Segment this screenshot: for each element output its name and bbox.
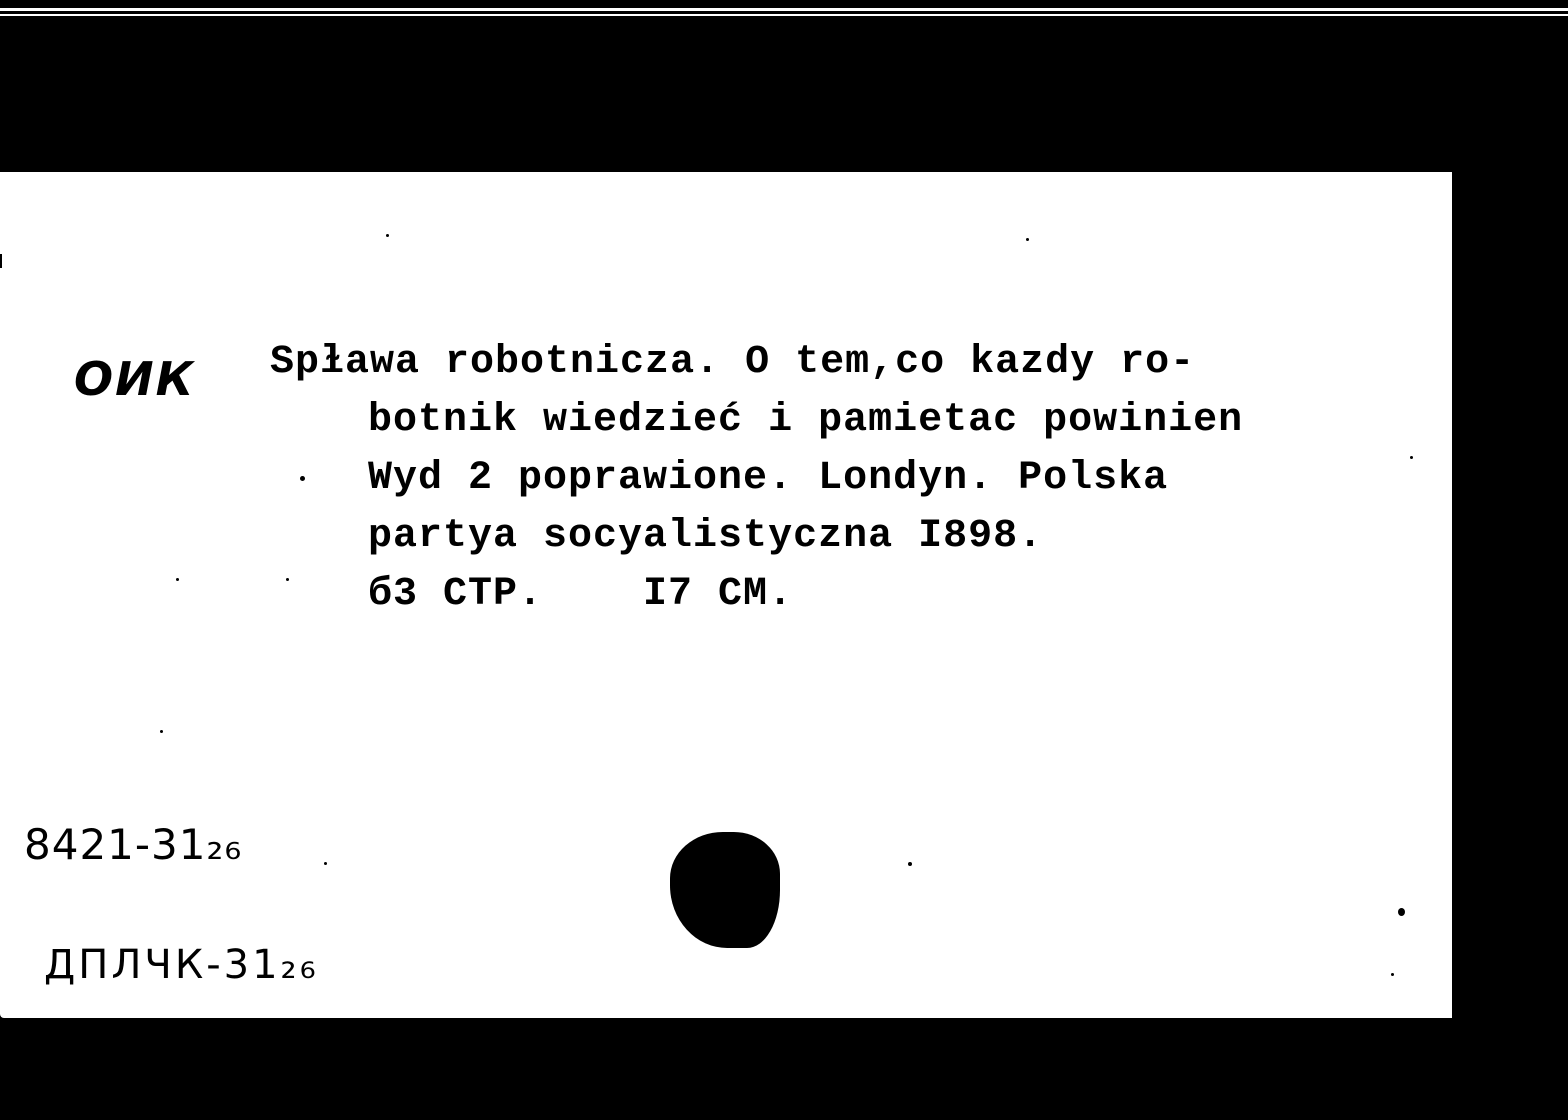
stray-dot [300,476,305,481]
speck [1391,973,1394,976]
speck [324,862,327,865]
call-number: 8421-31₂₆ [24,820,242,869]
speck [908,862,912,866]
speck [160,730,163,733]
speck [1026,238,1029,241]
entry-line: botnik wiedzieć i pamietac powinien [368,392,1243,450]
ink-blot [670,832,780,948]
call-number-cyrillic: ДПЛЧК-31₂₆ [44,942,319,988]
edge-mark [0,254,2,268]
speck [286,578,289,581]
speck [386,234,389,237]
entry-title-line: Spɫawa robotnicza. O tem,co kazdy ro- [270,334,1195,392]
speck [176,578,179,581]
entry-collation-line: б3 СТР. I7 СМ. [368,566,793,624]
scan-edge-strip [0,14,1568,16]
entry-edition-line: Wyd 2 poprawione. Londyn. Polska [368,450,1168,508]
scan-edge-strip [0,8,1568,11]
catalog-card: ОИК Spɫawa robotnicza. O tem,co kazdy ro… [0,172,1452,1018]
shelf-mark: ОИК [74,352,195,406]
speck [1398,908,1405,916]
entry-publisher-line: partya socyalistyczna I898. [368,508,1043,566]
speck [1410,456,1413,459]
